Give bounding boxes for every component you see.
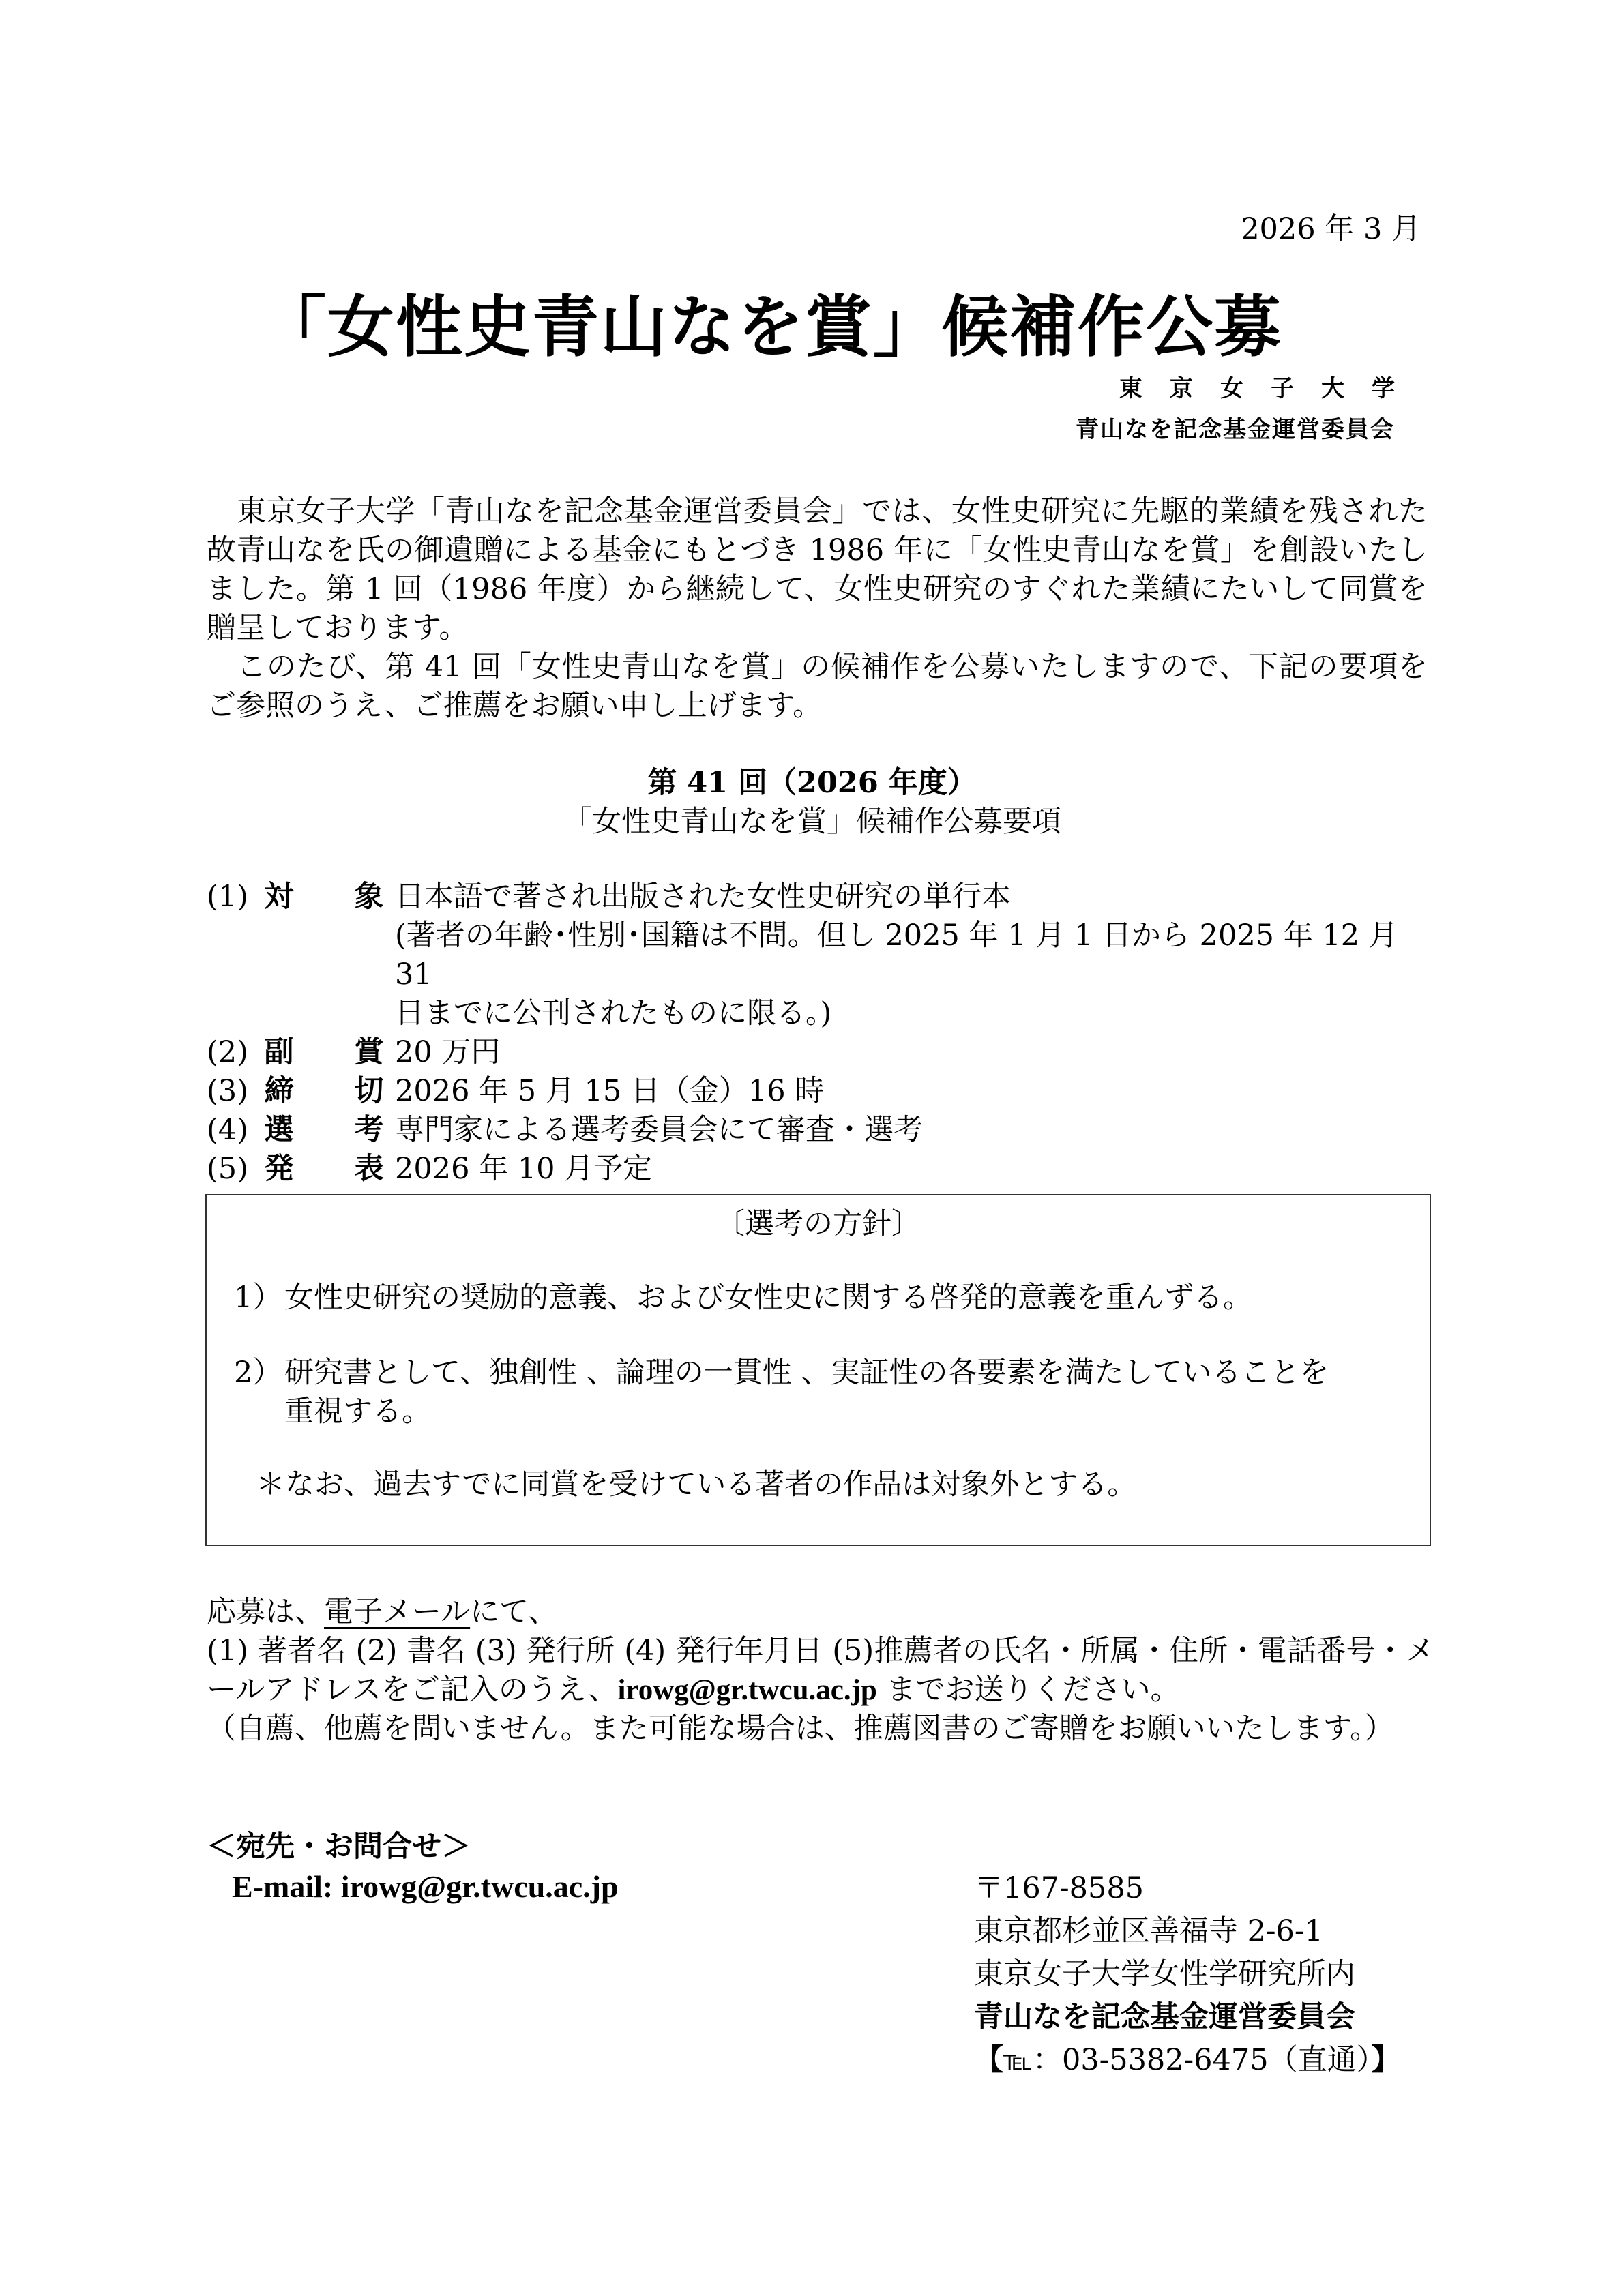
policy-note: ＊なお、過去すでに同賞を受けている著者の作品は対象外とする。 bbox=[256, 1465, 1429, 1504]
application-instructions: 応募は、電子メールにて、 (1) 著者名 (2) 書名 (3) 発行所 (4) … bbox=[207, 1593, 1434, 1748]
application-email-link[interactable]: irowg@gr.twcu.ac.jp bbox=[617, 1674, 876, 1706]
item-label-char: 選 bbox=[264, 1111, 294, 1150]
street-address: 東京都杉並区善福寺 2-6-1 bbox=[974, 1910, 1400, 1953]
item-value: 2026 年 10 月予定 bbox=[389, 1150, 1434, 1189]
item-value-line: (著者の年齢･性別･国籍は不問。但し 2025 年 1 月 1 日から 2025… bbox=[395, 916, 1434, 994]
contact-address: 〒167-8585 東京都杉並区善福寺 2-6-1 東京女子大学女性学研究所内 … bbox=[974, 1867, 1400, 2083]
item-number: (1) bbox=[207, 878, 264, 916]
policy-title: 〔選考の方針〕 bbox=[207, 1205, 1430, 1244]
application-method: 電子メール bbox=[324, 1595, 470, 1629]
org-university: 東京女子大学 bbox=[1119, 374, 1422, 404]
item-number: (4) bbox=[207, 1111, 264, 1150]
item-label-char: 締 bbox=[264, 1072, 294, 1111]
bracket-close: 】 bbox=[1371, 2043, 1400, 2077]
policy-point-number: 1） bbox=[234, 1279, 284, 1317]
telephone-number: ：03-5382-6475（直通） bbox=[1033, 2043, 1371, 2077]
application-line-2: (1) 著者名 (2) 書名 (3) 発行所 (4) 発行年月日 (5)推薦者の… bbox=[207, 1632, 1434, 1710]
application-text: にて、 bbox=[470, 1595, 557, 1629]
requirement-item-announcement: (5) 発表 2026 年 10 月予定 bbox=[207, 1150, 1434, 1189]
policy-point-text: 女性史研究の奨励的意義、および女性史に関する啓発的意義を重んずる。 bbox=[284, 1281, 1252, 1315]
section-heading-title: 「女性史青山なを賞」候補作公募要項 bbox=[0, 803, 1624, 841]
selection-policy-box: 〔選考の方針〕 1）女性史研究の奨励的意義、および女性史に関する啓発的意義を重ん… bbox=[205, 1194, 1431, 1546]
telephone: 【℡：03-5382-6475（直通）】 bbox=[974, 2039, 1400, 2083]
committee-name: 青山なを記念基金運営委員会 bbox=[974, 1996, 1400, 2039]
item-value-line: 日までに公刊されたものに限る。) bbox=[395, 994, 1434, 1033]
item-label-char: 対 bbox=[264, 878, 294, 916]
item-label: 選考 bbox=[264, 1111, 389, 1150]
requirement-item-prize: (2) 副賞 20 万円 bbox=[207, 1033, 1434, 1072]
intro-paragraph-2: このたび、第 41 回「女性史青山なを賞」の候補作を公募いたしますので、下記の要… bbox=[207, 648, 1428, 726]
requirements-list: (1) 対象 日本語で著され出版された女性史研究の単行本 (著者の年齢･性別･国… bbox=[207, 878, 1434, 1189]
item-value: 日本語で著され出版された女性史研究の単行本 (著者の年齢･性別･国籍は不問。但し… bbox=[389, 878, 1434, 1033]
policy-point-text: 研究書として、独創性 、論理の一貫性 、実証性の各要素を満たしていることを bbox=[284, 1356, 1329, 1390]
item-number: (2) bbox=[207, 1033, 264, 1072]
application-line-1: 応募は、電子メールにて、 bbox=[207, 1593, 1434, 1632]
intro-paragraph-1: 東京女子大学「青山なを記念基金運営委員会」では、女性史研究に先駆的業績を残された… bbox=[207, 492, 1428, 648]
telephone-icon: ℡ bbox=[1003, 2045, 1033, 2076]
item-value: 20 万円 bbox=[389, 1033, 1434, 1072]
item-label-char: 賞 bbox=[354, 1033, 384, 1072]
section-heading-round: 第 41 回（2026 年度） bbox=[0, 764, 1624, 803]
application-line-3: （自薦、他薦を問いません。また可能な場合は、推薦図書のご寄贈をお願いいたします。… bbox=[207, 1710, 1434, 1748]
contact-heading: ＜宛先・お問合せ＞ bbox=[207, 1828, 471, 1866]
policy-point-number: 2） bbox=[234, 1354, 284, 1392]
item-value-line: 日本語で著され出版された女性史研究の単行本 bbox=[395, 878, 1434, 916]
policy-point-1: 1）女性史研究の奨励的意義、および女性史に関する啓発的意義を重んずる。 bbox=[234, 1279, 1407, 1317]
item-number: (5) bbox=[207, 1150, 264, 1189]
item-value: 専門家による選考委員会にて審査・選考 bbox=[389, 1111, 1434, 1150]
contact-email-link[interactable]: E-mail: irowg@gr.twcu.ac.jp bbox=[232, 1867, 619, 1906]
policy-point-text-cont: 重視する。 bbox=[234, 1392, 1407, 1431]
item-value: 2026 年 5 月 15 日（金）16 時 bbox=[389, 1072, 1434, 1111]
bracket-open: 【 bbox=[974, 2043, 1003, 2077]
item-label-char: 副 bbox=[264, 1033, 294, 1072]
page-title: 「女性史青山なを賞」候補作公募 bbox=[259, 286, 1391, 368]
requirement-item-deadline: (3) 締切 2026 年 5 月 15 日（金）16 時 bbox=[207, 1072, 1434, 1111]
item-number: (3) bbox=[207, 1072, 264, 1111]
item-label-char: 表 bbox=[354, 1150, 384, 1189]
item-label: 副賞 bbox=[264, 1033, 389, 1072]
org-committee: 青山なを記念基金運営委員会 bbox=[1076, 415, 1395, 445]
item-label-char: 考 bbox=[354, 1111, 384, 1150]
item-label-char: 発 bbox=[264, 1150, 294, 1189]
institute-name: 東京女子大学女性学研究所内 bbox=[974, 1953, 1400, 1996]
item-label: 発表 bbox=[264, 1150, 389, 1189]
document-date: 2026 年 3 月 bbox=[1241, 210, 1421, 249]
item-label-char: 切 bbox=[354, 1072, 384, 1111]
intro-text: 東京女子大学「青山なを記念基金運営委員会」では、女性史研究に先駆的業績を残された… bbox=[207, 492, 1428, 726]
application-text: 応募は、 bbox=[207, 1595, 324, 1629]
item-label: 締切 bbox=[264, 1072, 389, 1111]
item-label: 対象 bbox=[264, 878, 389, 916]
requirement-item-target: (1) 対象 日本語で著され出版された女性史研究の単行本 (著者の年齢･性別･国… bbox=[207, 878, 1434, 1033]
application-text: までお送りください。 bbox=[877, 1673, 1180, 1707]
item-label-char: 象 bbox=[354, 878, 384, 916]
policy-point-2: 2）研究書として、独創性 、論理の一貫性 、実証性の各要素を満たしていることを … bbox=[234, 1354, 1407, 1431]
postal-code: 〒167-8585 bbox=[974, 1867, 1400, 1910]
section-heading: 第 41 回（2026 年度） 「女性史青山なを賞」候補作公募要項 bbox=[0, 764, 1624, 841]
requirement-item-selection: (4) 選考 専門家による選考委員会にて審査・選考 bbox=[207, 1111, 1434, 1150]
